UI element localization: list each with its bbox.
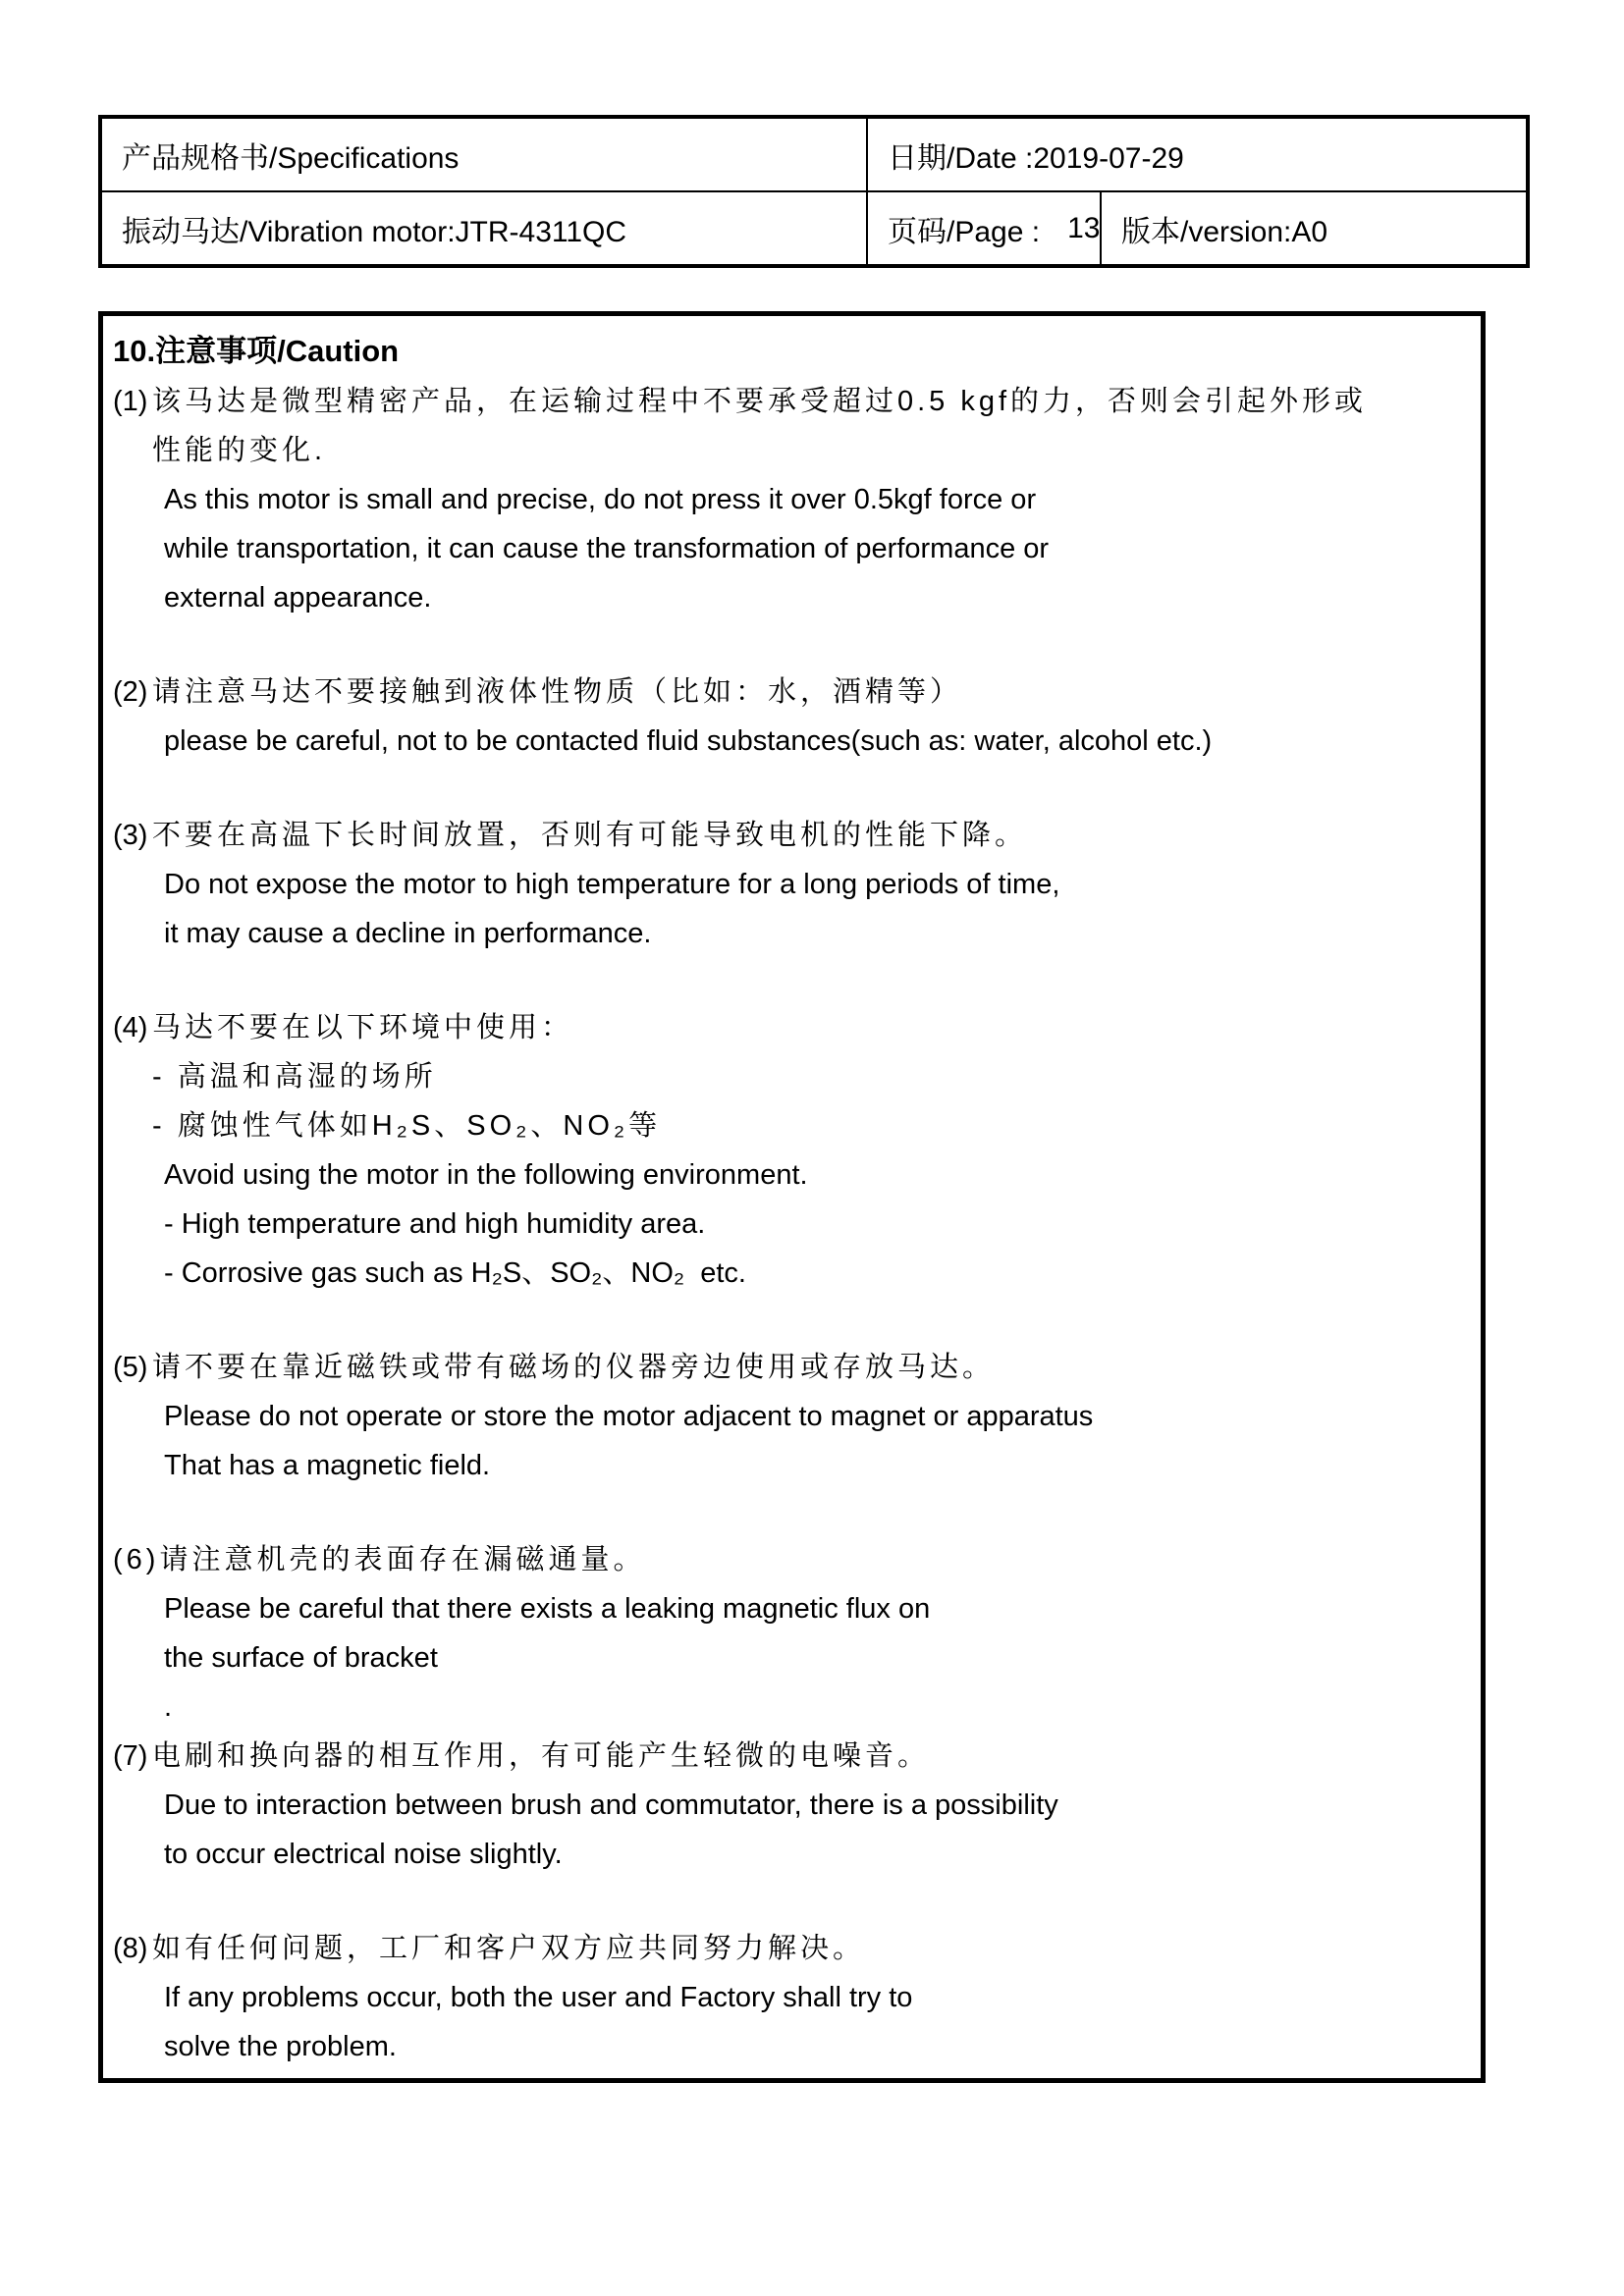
page-number-cell: 页码/Page :13 / 16 — [866, 192, 1100, 264]
item-1-en-line-3: external appearance. — [113, 573, 1467, 622]
caution-item-5: (5)请不要在靠近磁铁或带有磁场的仪器旁边使用或存放马达。 Please do … — [113, 1343, 1467, 1490]
page-value: 13 / 16 — [1067, 212, 1100, 245]
item-8-en-line-2: solve the problem. — [113, 2022, 1467, 2071]
header-row-1: 产品规格书/Specifications 日期/Date :2019-07-29 — [102, 119, 1526, 192]
item-5-en-line-2: That has a magnetic field. — [113, 1441, 1467, 1490]
item-8-cn-text: 如有任何问题，工厂和客户双方应共同努力解决。 — [152, 1933, 865, 1964]
item-8-number: (8) — [113, 1924, 152, 1973]
date-cell: 日期/Date :2019-07-29 — [866, 119, 1526, 190]
caution-section-title: 10.注意事项/Caution — [113, 326, 1467, 377]
header-row-2: 振动马达/Vibration motor:JTR-4311QC 页码/Page … — [102, 192, 1526, 264]
header-table: 产品规格书/Specifications 日期/Date :2019-07-29… — [98, 115, 1530, 268]
item-4-cn-line-2: - 高温和高湿的场所 — [113, 1052, 1467, 1101]
item-7-en-line-1: Due to interaction between brush and com… — [113, 1781, 1467, 1830]
item-4-cn-line-3: - 腐蚀性气体如H₂S、SO₂、NO₂等 — [113, 1101, 1467, 1150]
item-1-number: (1) — [113, 377, 152, 426]
caution-item-7: (7)电刷和换向器的相互作用，有可能产生轻微的电噪音。 Due to inter… — [113, 1732, 1467, 1879]
caution-item-8: (8)如有任何问题，工厂和客户双方应共同努力解决。 If any problem… — [113, 1924, 1467, 2071]
item-4-cn-line-1: (4)马达不要在以下环境中使用： — [113, 1003, 1467, 1052]
item-1-cn-text: 该马达是微型精密产品，在运输过程中不要承受超过0.5 kgf的力，否则会引起外形… — [152, 386, 1367, 417]
caution-item-3: (3)不要在高温下长时间放置，否则有可能导致电机的性能下降。 Do not ex… — [113, 811, 1467, 958]
item-3-number: (3) — [113, 811, 152, 860]
item-3-cn-line-1: (3)不要在高温下长时间放置，否则有可能导致电机的性能下降。 — [113, 811, 1467, 860]
item-2-number: (2) — [113, 667, 152, 717]
item-7-number: (7) — [113, 1732, 152, 1781]
item-6-cn-line-1: (6)请注意机壳的表面存在漏磁通量。 — [113, 1535, 1467, 1584]
item-6-en-line-1: Please be careful that there exists a le… — [113, 1584, 1467, 1633]
item-1-en-line-1: As this motor is small and precise, do n… — [113, 475, 1467, 524]
item-7-en-line-2: to occur electrical noise slightly. — [113, 1830, 1467, 1879]
item-2-cn-line-1: (2)请注意马达不要接触到液体性物质（比如：水，酒精等） — [113, 667, 1467, 717]
item-1-cn-line-1: (1)该马达是微型精密产品，在运输过程中不要承受超过0.5 kgf的力，否则会引… — [113, 377, 1467, 426]
item-6-en-line-2: the surface of bracket — [113, 1633, 1467, 1682]
item-7-cn-line-1: (7)电刷和换向器的相互作用，有可能产生轻微的电噪音。 — [113, 1732, 1467, 1781]
item-2-cn-text: 请注意马达不要接触到液体性物质（比如：水，酒精等） — [152, 676, 962, 708]
product-cell: 振动马达/Vibration motor:JTR-4311QC — [102, 192, 866, 264]
item-5-cn-line-1: (5)请不要在靠近磁铁或带有磁场的仪器旁边使用或存放马达。 — [113, 1343, 1467, 1392]
item-4-number: (4) — [113, 1003, 152, 1052]
item-5-en-line-1: Please do not operate or store the motor… — [113, 1392, 1467, 1441]
caution-box: 10.注意事项/Caution (1)该马达是微型精密产品，在运输过程中不要承受… — [98, 311, 1486, 2083]
item-4-en-line-2: - High temperature and high humidity are… — [113, 1200, 1467, 1249]
item-8-cn-line-1: (8)如有任何问题，工厂和客户双方应共同努力解决。 — [113, 1924, 1467, 1973]
item-3-cn-text: 不要在高温下长时间放置，否则有可能导致电机的性能下降。 — [152, 820, 1027, 851]
caution-item-1: (1)该马达是微型精密产品，在运输过程中不要承受超过0.5 kgf的力，否则会引… — [113, 377, 1467, 622]
item-1-en-line-2: while transportation, it can cause the t… — [113, 524, 1467, 573]
version-cell: 版本/version:A0 — [1100, 192, 1526, 264]
page-label: 页码/Page : — [888, 207, 1040, 250]
item-6-en-line-3: . — [113, 1682, 1467, 1732]
item-3-en-line-2: it may cause a decline in performance. — [113, 909, 1467, 958]
item-4-cn-text: 马达不要在以下环境中使用： — [152, 1012, 573, 1043]
item-5-number: (5) — [113, 1343, 152, 1392]
item-8-en-line-1: If any problems occur, both the user and… — [113, 1973, 1467, 2022]
item-1-cn-line-2: 性能的变化. — [113, 426, 1467, 475]
item-7-cn-text: 电刷和换向器的相互作用，有可能产生轻微的电噪音。 — [152, 1740, 930, 1772]
caution-item-6: (6)请注意机壳的表面存在漏磁通量。 Please be careful tha… — [113, 1535, 1467, 1732]
item-5-cn-text: 请不要在靠近磁铁或带有磁场的仪器旁边使用或存放马达。 — [152, 1352, 995, 1383]
item-4-en-line-1: Avoid using the motor in the following e… — [113, 1150, 1467, 1200]
item-3-en-line-1: Do not expose the motor to high temperat… — [113, 860, 1467, 909]
item-2-en-line-1: please be careful, not to be contacted f… — [113, 717, 1467, 766]
caution-item-4: (4)马达不要在以下环境中使用： - 高温和高湿的场所 - 腐蚀性气体如H₂S、… — [113, 1003, 1467, 1298]
caution-item-2: (2)请注意马达不要接触到液体性物质（比如：水，酒精等） please be c… — [113, 667, 1467, 766]
document-page: 产品规格书/Specifications 日期/Date :2019-07-29… — [0, 0, 1624, 2296]
item-4-en-line-3: - Corrosive gas such as H₂S、SO₂、NO₂ etc. — [113, 1249, 1467, 1298]
spec-title-cell: 产品规格书/Specifications — [102, 119, 866, 190]
